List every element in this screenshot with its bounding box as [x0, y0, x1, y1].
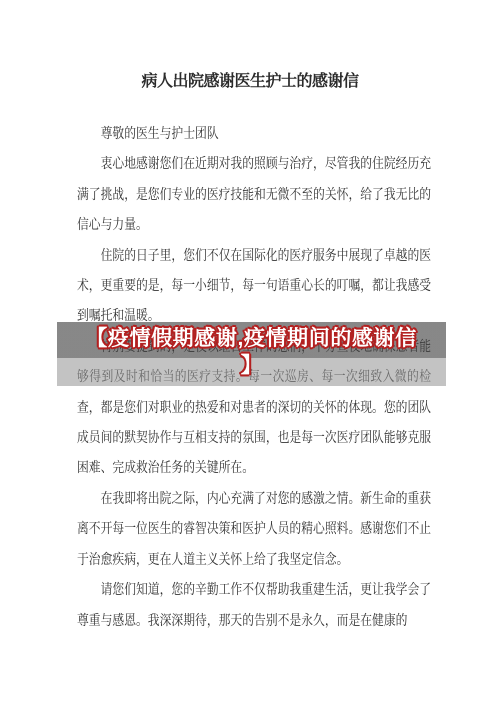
document-title: 病人出院感谢医生护士的感谢信 [0, 68, 500, 91]
document-page: 病人出院感谢医生护士的感谢信 尊敬的医生与护士团队 衷心地感谢您们在近期对我的照… [0, 0, 500, 706]
paragraph: 衷心地感谢您们在近期对我的照顾与治疗，尽管我的住院经历充满了挑战，是您们专业的医… [77, 150, 431, 241]
paragraph: 请您们知道，您的辛勤工作不仅帮助我重建生活，更让我学会了尊重与感恩。我深深期待，… [77, 576, 431, 637]
watermark-banner: 【疫情假期感谢,疫情期间的感谢信 】 [57, 322, 446, 386]
watermark-text-line1: 【疫情假期感谢,疫情期间的感谢信 [57, 325, 446, 352]
watermark-text-line2: 】 [57, 352, 446, 379]
salutation-line: 尊敬的医生与护士团队 [77, 120, 431, 150]
paragraph: 住院的日子里，您们不仅在国际化的医疗服务中展现了卓越的医术，更重要的是，每一小细… [77, 242, 431, 333]
paragraph: 在我即将出院之际，内心充满了对您的感激之情。新生命的重获离不开每一位医生的睿智决… [77, 485, 431, 576]
